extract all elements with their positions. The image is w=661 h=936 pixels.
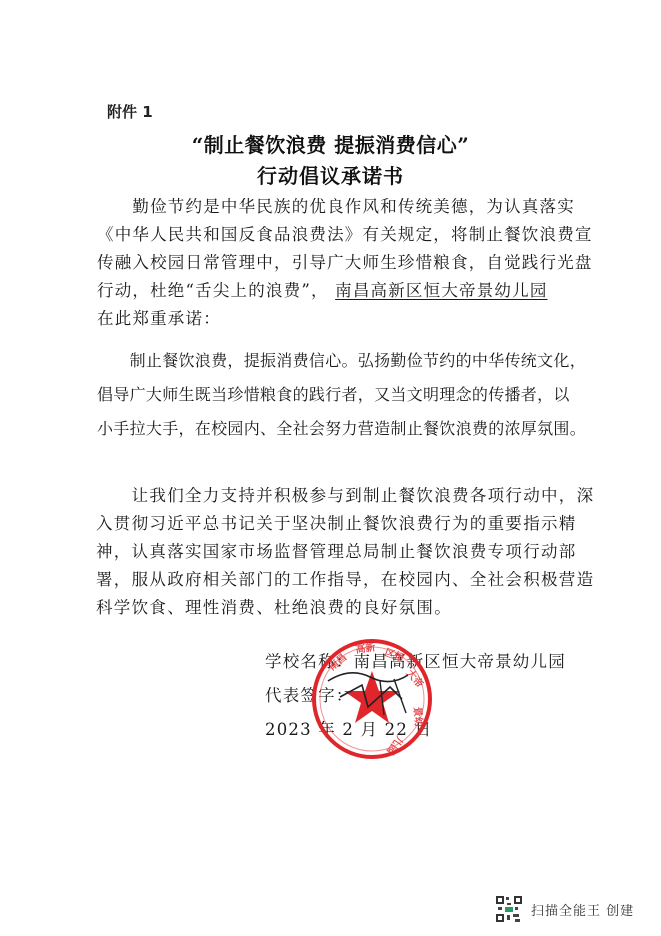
paragraph-line: 行动，杜绝“舌尖上的浪费”， 南昌高新区恒大帝景幼儿园	[97, 277, 567, 305]
paragraph-line: 制止餐饮浪费，提振消费信心。弘扬勤俭节约的中华传统文化，	[97, 344, 577, 378]
paragraph-line: 小手拉大手，在校园内、全社会努力营造制止餐饮浪费的浓厚氛围。	[97, 412, 577, 446]
document-title-line1: “制止餐饮浪费 提振消费信心”	[0, 129, 661, 158]
document-title-line2: 行动倡议承诺书	[0, 160, 661, 189]
paragraph-line: 勤俭节约是中华民族的优良作风和传统美德，为认真落实	[97, 193, 567, 221]
paragraph-line: 署，服从政府相关部门的工作指导，在校园内、全社会积极营造	[96, 566, 576, 594]
paragraph-commitment: 制止餐饮浪费，提振消费信心。弘扬勤俭节约的中华传统文化， 倡导广大师生既当珍惜粮…	[97, 344, 577, 446]
scanner-watermark: 扫描全能王 创建	[495, 895, 634, 923]
paragraph-line: 科学饮食、理性消费、杜绝浪费的良好氛围。	[96, 594, 576, 622]
svg-text:景幼: 景幼	[411, 706, 426, 727]
attachment-label: 附件 1	[107, 101, 153, 122]
paragraph-line: 在此郑重承诺：	[97, 305, 567, 333]
paragraph-intro: 勤俭节约是中华民族的优良作风和传统美德，为认真落实 《中华人民共和国反食品浪费法…	[97, 193, 567, 333]
paragraph-line-text: 行动，杜绝“舌尖上的浪费”，	[97, 281, 329, 300]
official-seal-icon: 南昌 高新 区恒 大帝 景幼 儿园	[310, 637, 434, 761]
qr-code-icon	[495, 895, 523, 923]
paragraph-action: 让我们全力支持并积极参与到制止餐饮浪费各项行动中，深 入贯彻习近平总书记关于坚决…	[96, 482, 576, 622]
paragraph-line: 《中华人民共和国反食品浪费法》有关规定，将制止餐饮浪费宣	[97, 221, 567, 249]
paragraph-line: 让我们全力支持并积极参与到制止餐饮浪费各项行动中，深	[96, 482, 576, 510]
paragraph-line: 入贯彻习近平总书记关于坚决制止餐饮浪费行为的重要指示精	[96, 510, 576, 538]
scanner-watermark-text: 扫描全能王 创建	[531, 900, 634, 919]
paragraph-line: 神，认真落实国家市场监督管理总局制止餐饮浪费专项行动部	[96, 538, 576, 566]
school-name-underlined: 南昌高新区恒大帝景幼儿园	[335, 281, 547, 300]
paragraph-line: 倡导广大师生既当珍惜粮食的践行者，又当文明理念的传播者，以	[97, 378, 577, 412]
paragraph-line: 传融入校园日常管理中，引导广大师生珍惜粮食，自觉践行光盘	[97, 249, 567, 277]
